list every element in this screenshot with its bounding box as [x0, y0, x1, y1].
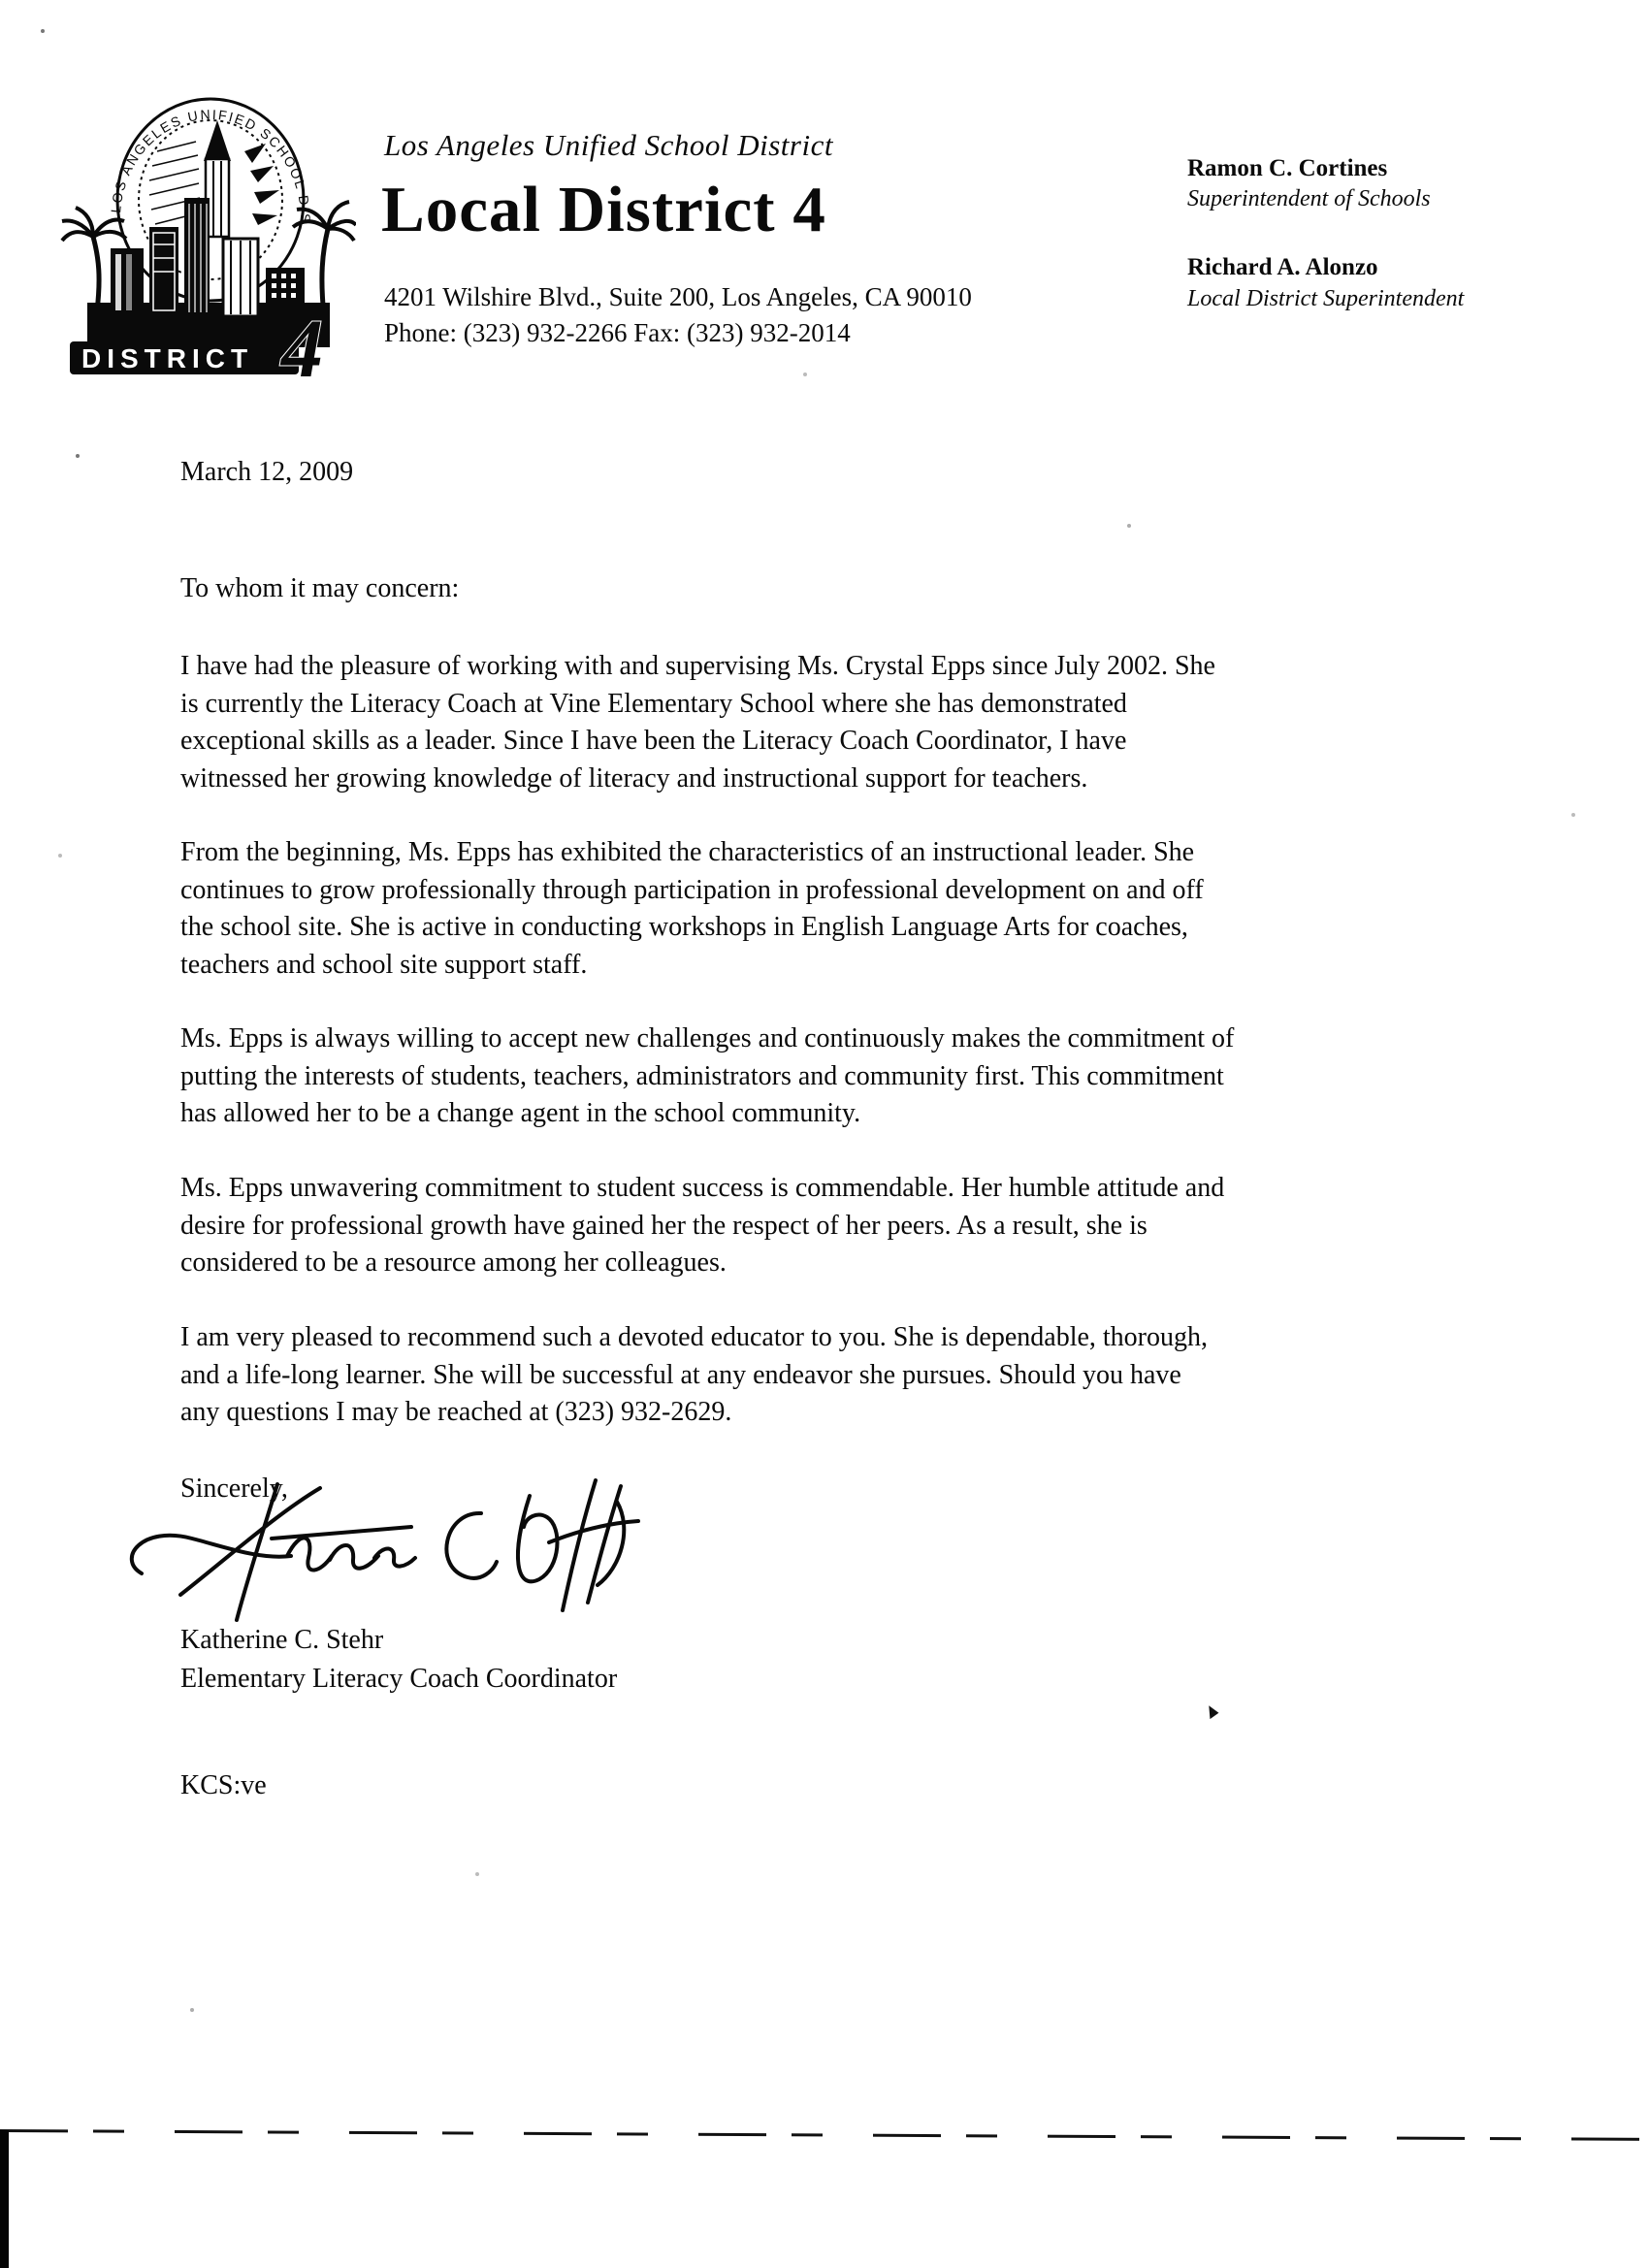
scanned-letter-page: LOS ANGELES UNIFIED SCHOOL DISTRICT — [0, 0, 1649, 2268]
scan-speck — [41, 29, 45, 33]
scan-mark — [1204, 1703, 1219, 1719]
paragraph-3: Ms. Epps is always willing to accept new… — [180, 1021, 1568, 1133]
superintendent-title: Superintendent of Schools — [1187, 186, 1431, 212]
superintendent-name: Ramon C. Cortines — [1187, 155, 1387, 182]
scan-artifact-dashed-line — [0, 2129, 1649, 2141]
scan-speck — [1127, 524, 1131, 528]
seal-rays — [244, 144, 279, 225]
letterhead-contact: 4201 Wilshire Blvd., Suite 200, Los Ange… — [384, 279, 972, 351]
scan-speck — [58, 854, 62, 858]
signature-strokes — [132, 1480, 638, 1620]
paragraph-2: From the beginning, Ms. Epps has exhibit… — [180, 834, 1568, 984]
scan-artifact-edge-bar — [0, 2130, 9, 2268]
scan-speck — [475, 1872, 479, 1876]
banner-text: DISTRICT — [81, 343, 253, 373]
district-4-logo-image: LOS ANGELES UNIFIED SCHOOL DISTRICT — [60, 74, 356, 379]
local-superintendent-name: Richard A. Alonzo — [1187, 254, 1378, 281]
scan-speck — [76, 454, 80, 458]
paragraph-1: I have had the pleasure of working with … — [180, 648, 1568, 797]
scan-speck — [803, 373, 807, 376]
paragraph-4: Ms. Epps unwavering commitment to studen… — [180, 1170, 1568, 1282]
letter-date: March 12, 2009 — [180, 454, 353, 492]
reference-initials: KCS:ve — [180, 1767, 267, 1805]
district-name-line: Los Angeles Unified School District — [384, 128, 833, 163]
signature-image — [124, 1467, 648, 1646]
salutation: To whom it may concern: — [180, 570, 459, 608]
paragraph-5: I am very pleased to recommend such a de… — [180, 1319, 1568, 1432]
scan-speck — [1571, 813, 1575, 817]
signer-title: Elementary Literacy Coach Coordinator — [180, 1661, 617, 1699]
signer-name: Katherine C. Stehr — [180, 1622, 383, 1660]
scan-speck — [190, 2008, 194, 2012]
letterhead-title: Local District 4 — [381, 173, 826, 247]
district-4-logo: LOS ANGELES UNIFIED SCHOOL DISTRICT — [60, 74, 356, 379]
banner-number: 4 — [279, 302, 323, 379]
local-superintendent-title: Local District Superintendent — [1187, 286, 1464, 312]
